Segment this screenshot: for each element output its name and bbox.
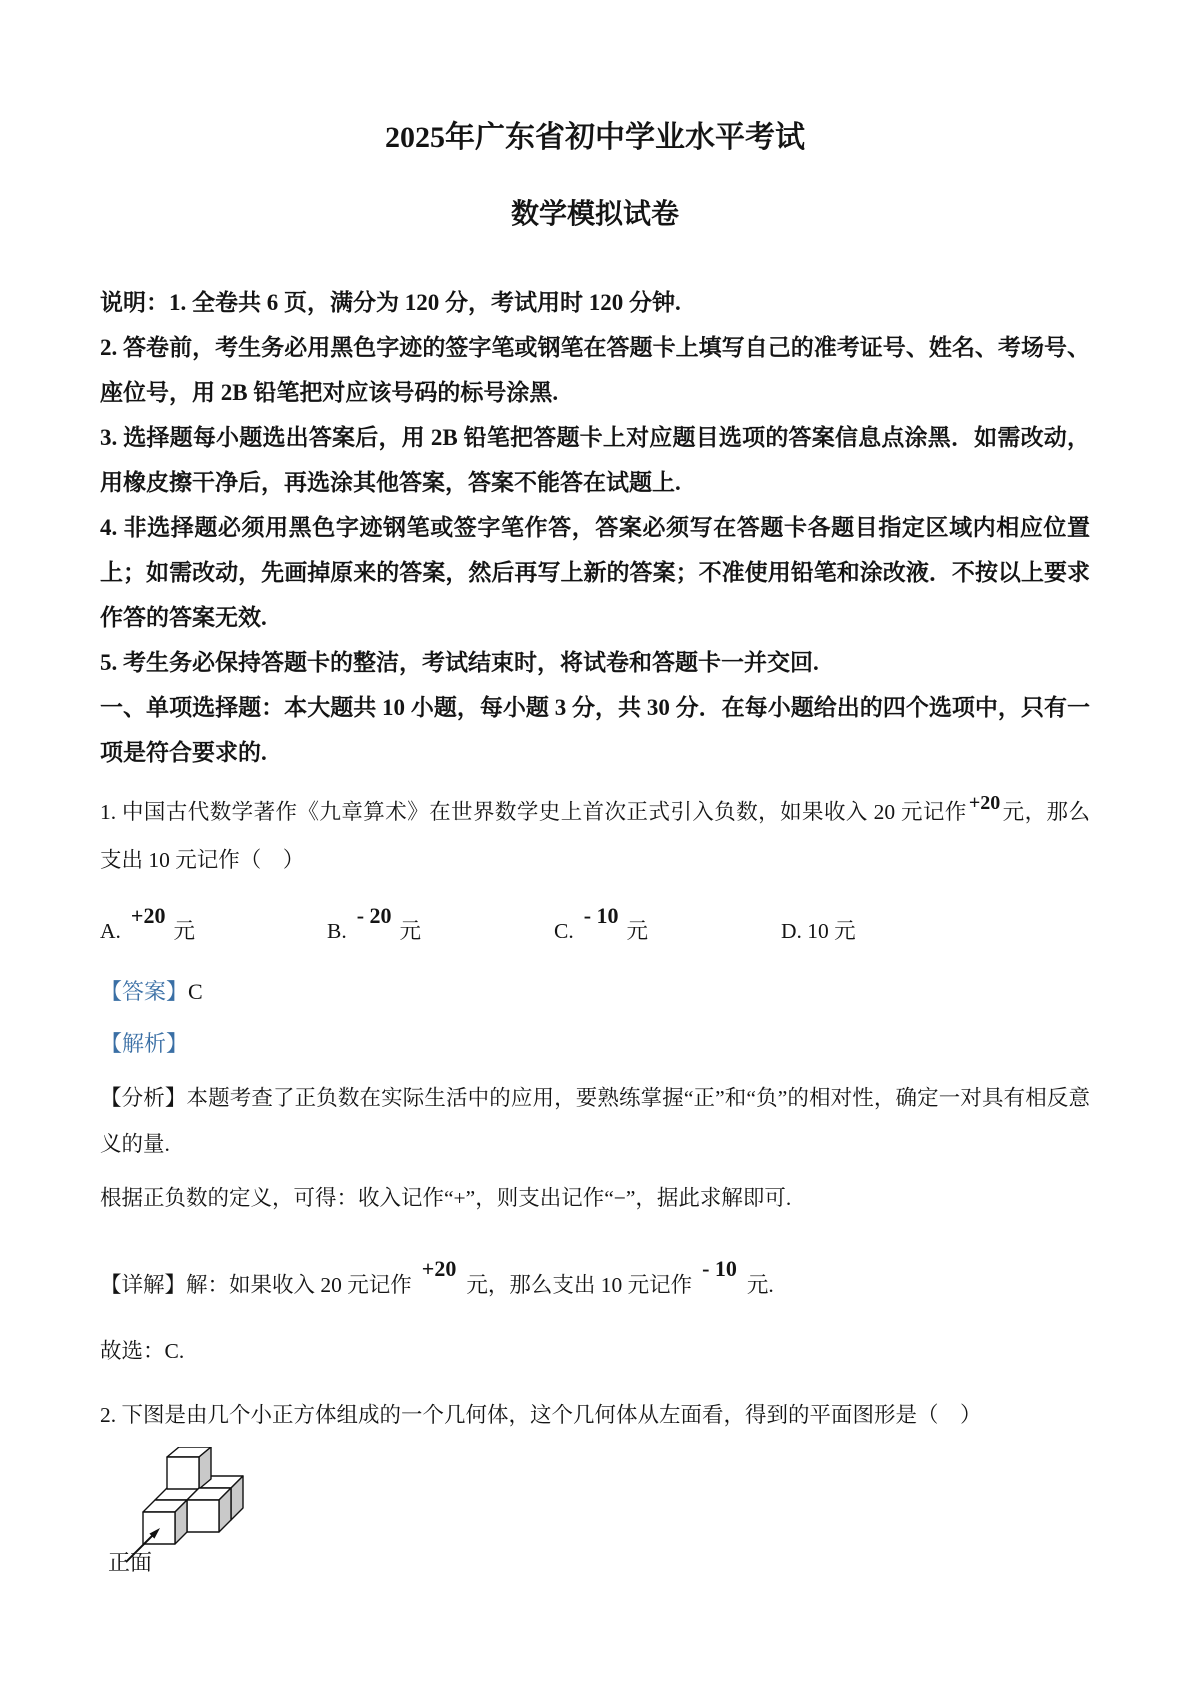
exam-title: 2025年广东省初中学业水平考试 — [100, 118, 1090, 158]
option-a-label: A. — [100, 919, 121, 943]
question-2-text: 2. 下图是由几个小正方体组成的一个几何体，这个几何体从左面看，得到的平面图形是… — [100, 1393, 1090, 1437]
option-d-value: 10 元 — [807, 919, 855, 943]
option-a: A.+20元 — [100, 914, 327, 945]
answer-bracket-label: 【答案】 — [100, 979, 188, 1004]
instruction-note-3: 3. 选择题每小题选出答案后，用 2B 铅笔把答题卡上对应题目选项的答案信息点涂… — [100, 415, 1090, 505]
explain-bracket-label: 【解析】 — [100, 1031, 188, 1056]
question-1-prefix: 1. 中国古代数学著作《九章算术》在世界数学史上首次正式引入负数，如果收入 20… — [100, 800, 967, 824]
exam-subtitle: 数学模拟试卷 — [100, 196, 1090, 234]
question-1-text: 1. 中国古代数学著作《九章算术》在世界数学史上首次正式引入负数，如果收入 20… — [100, 789, 1090, 884]
option-a-value: +20 — [131, 903, 166, 928]
instruction-note-4: 4. 非选择题必须用黑色字迹钢笔或签字笔作答，答案必须写在答题卡各题目指定区域内… — [100, 505, 1090, 640]
option-b-unit: 元 — [400, 919, 422, 943]
option-b-value: - 20 — [357, 903, 392, 928]
option-d-label: D. — [781, 919, 802, 943]
section-header: 一、单项选择题：本大题共 10 小题，每小题 3 分，共 30 分．在每小题给出… — [100, 685, 1090, 775]
question-1-superscript: +20 — [967, 792, 1002, 814]
q1-conclusion: 故选：C. — [100, 1333, 1090, 1369]
q1-detail-line: 【详解】解：如果收入 20 元记作+20元，那么支出 10 元记作- 10元. — [100, 1247, 1090, 1305]
detail-superscript-1: +20 — [422, 1256, 457, 1281]
option-c: C.- 10元 — [554, 914, 781, 945]
exam-paper-page: 2025年广东省初中学业水平考试 数学模拟试卷 说明：1. 全卷共 6 页，满分… — [0, 0, 1190, 1589]
instruction-note-5: 5. 考生务必保持答题卡的整洁，考试结束时，将试卷和答题卡一并交回. — [100, 640, 1090, 685]
option-b: B.- 20元 — [327, 914, 554, 945]
question-1-options: A.+20元 B.- 20元 C.- 10元 D. 10 元 — [100, 890, 1090, 945]
option-b-label: B. — [327, 919, 347, 943]
q2-cube-figure: 正面 — [106, 1447, 266, 1589]
option-c-value: - 10 — [584, 903, 619, 928]
detail-part-2: 元，那么支出 10 元记作 — [466, 1273, 692, 1297]
detail-part-3: 元. — [747, 1273, 774, 1297]
detail-superscript-2: - 10 — [702, 1256, 737, 1281]
instruction-note-2: 2. 答卷前，考生务必用黑色字迹的签字笔或钢笔在答题卡上填写自己的准考证号、姓名… — [100, 325, 1090, 415]
cube-face — [187, 1500, 219, 1532]
answer-value: C — [188, 979, 203, 1004]
option-c-label: C. — [554, 919, 574, 943]
q1-explain-line: 【解析】 — [100, 1027, 1090, 1061]
q1-analysis-paragraph: 【分析】本题考查了正负数在实际生活中的应用，要熟练掌握“正”和“负”的相对性，确… — [100, 1075, 1090, 1167]
option-a-unit: 元 — [173, 919, 195, 943]
q1-answer-line: 【答案】C — [100, 975, 1090, 1009]
q1-analysis-paragraph-2: 根据正负数的定义，可得：收入记作“+”，则支出记作“−”，据此求解即可. — [100, 1175, 1090, 1221]
figure-front-label: 正面 — [108, 1550, 152, 1576]
option-c-unit: 元 — [627, 919, 649, 943]
instruction-note-1: 说明：1. 全卷共 6 页，满分为 120 分，考试用时 120 分钟. — [100, 280, 1090, 325]
cube-face — [167, 1457, 199, 1489]
detail-part-1: 解：如果收入 20 元记作 — [186, 1273, 412, 1297]
option-d: D. 10 元 — [781, 914, 1008, 945]
detail-bracket-label: 【详解】 — [100, 1273, 186, 1297]
